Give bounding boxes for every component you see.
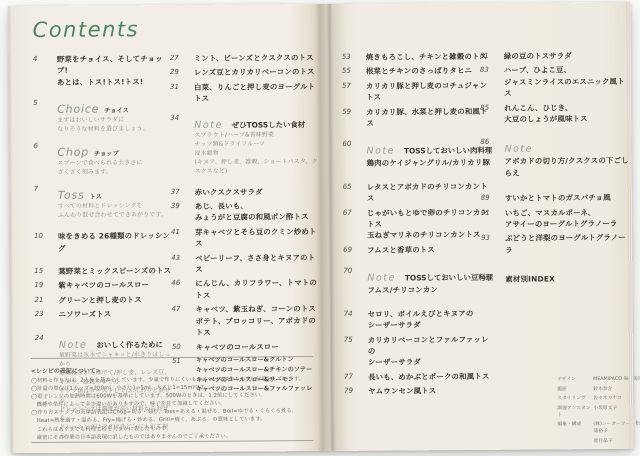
page-number: 85: [480, 102, 504, 125]
credit-row: デザインMEAMIPACO 嶌村美里: [557, 376, 640, 384]
entry-title-line: 素材別INDEX: [505, 273, 633, 285]
page-number: 23: [35, 309, 59, 321]
entry-body: カリカリベーコンとファルファッレのシーザーサラダ: [368, 333, 496, 368]
toc-entry: 67じゃがいもとゆで卵のチリコンカントス玉ねぎマリネのチリコンカントス: [343, 206, 495, 241]
entry-title-line: じゃがいもとゆで卵のチリコンカントス: [367, 206, 495, 230]
credit-value: 佐々木カナコ: [593, 395, 640, 402]
entry-title-line: アサイーのヨーグルトグラノーラ: [505, 218, 633, 230]
credit-label: [557, 438, 593, 445]
page-number: 47: [172, 304, 196, 338]
note-label: Note: [367, 273, 396, 284]
page-number: 81: [480, 51, 504, 63]
entry-body: ハーブ、ひよこ豆、ジャスミンライスのエスニック風トス: [504, 64, 632, 99]
entry-title-line: すいかとトマトのガスパチョ風: [505, 192, 633, 204]
entry-title-line: カリカリ豚と押し麦のコチュジャントス: [366, 80, 494, 104]
entry-title-line: ポテト、ブロッコリー、アボカドのトス: [196, 315, 322, 339]
entry-title-line: 野菜をチョイス、そしてチョップ!: [57, 53, 171, 77]
section-heading: Chopチョップ: [57, 140, 171, 160]
entry-title-line: カリカリ豚、水菜と押し麦の和風トス: [366, 105, 494, 129]
entry-title-line: 赤いクスクスサラダ: [195, 186, 321, 198]
toc-entry: 37赤いクスクスサラダ: [171, 186, 321, 198]
entry-title-line: キャベツのコールスロー: [196, 340, 322, 352]
entry-title-line: にんじん、カリフラワー、トマトのトス: [195, 277, 321, 301]
toc-entry: 15葉野菜とミックスビーンズのトス: [34, 265, 172, 277]
recipe-notation-notes: <レシピの表記について> ◯材料と作り方は、2人分を基本としています。少量で作り…: [31, 364, 322, 442]
entry-title-line: あじ、長いも、: [195, 200, 321, 212]
credit-row: 夏目晶子: [557, 437, 640, 445]
toc-entry: 47キャベツ、紫玉ねぎ、コーンのトスポテト、ブロッコリー、アボカドのトス: [172, 303, 322, 338]
entry-body: カリカリ豚と押し麦のコチュジャントス: [366, 80, 494, 104]
entry-title-line: レタスとアボカドのチリコンカントス: [367, 181, 495, 205]
page-number: 79: [344, 386, 368, 398]
entry-body: Noteアボカドの切り方/クスクスの下ごしらえ: [504, 136, 632, 179]
page-number: 6: [33, 141, 57, 178]
entry-body: フムスと香草のトス: [367, 244, 495, 256]
entry-title-line: あとは、トス!トス!トス!: [57, 76, 171, 88]
section-reading: チョイス: [104, 108, 129, 115]
entry-body: グリーンと押し麦のトス: [58, 294, 172, 306]
entry-body: カリカリ豚、水菜と押し麦の和風トス: [366, 105, 494, 129]
entry-body: レタスとアボカドのチリコンカントス: [367, 181, 495, 205]
toc-entry: 39あじ、長いも、みょうがと豆腐の和風ポン酢トス: [171, 200, 321, 224]
note-label: Note: [59, 339, 88, 350]
toc-entry: 86Noteアボカドの切り方/クスクスの下ごしらえ: [480, 136, 632, 179]
toc-entry: 94素材別INDEX: [481, 273, 633, 285]
entry-title-line: シーザーサラダ: [368, 319, 496, 331]
entry-title-line: キャベツ、紫玉ねぎ、コーンのトス: [196, 303, 322, 315]
entry-title-line: いちご、マスカルポーネ、: [505, 206, 633, 218]
toc-entry: 89すいかとトマトのガスパチョ風: [481, 192, 633, 204]
entry-subline: なりそうな材料を選びましょう。: [57, 125, 171, 135]
entry-title-line: 焼きもろこし、チキンと雑穀のトス: [366, 51, 494, 63]
note-title: TOSSしておいしい豆料理: [405, 273, 493, 283]
note-heading: NoteTOSSしておいしい肉料理: [366, 138, 494, 158]
entry-body: いちご、マスカルポーネ、アサイーのヨーグルトグラノーラ: [505, 206, 633, 230]
credit-row: スタイリング佐々木カナコ: [557, 395, 640, 403]
entry-title-line: 鶏肉のケイジャングリル/カリカリ豚: [367, 157, 495, 169]
entry-title-line: 根菜とチキンのさっぱりタヒニ: [366, 65, 494, 77]
entry-body: Chopチョップスプーンで食べられる大きさにざくざく刻みます。: [57, 140, 171, 178]
entry-body: キャベツ、紫玉ねぎ、コーンのトスポテト、ブロッコリー、アボカドのトス: [196, 303, 322, 338]
entry-body: れんこん、ひじき、大豆のしょうが風味トス: [504, 101, 632, 125]
entry-title-line: カリカリベーコンとファルファッレの: [368, 333, 496, 357]
note-title: ぜひTOSSしたい食材: [232, 120, 305, 130]
page-number: 67: [343, 207, 367, 241]
page-number: 7: [34, 184, 58, 221]
page-number: 43: [171, 253, 195, 276]
entry-title-line: 味をきめる 26種類のドレッシング: [58, 230, 172, 254]
page-number: 86: [480, 137, 504, 179]
entry-title-line: 芽キャベツとそら豆のクミン炒めトス: [195, 226, 321, 250]
toc-entry: 81緑の豆のトスサラダ: [480, 50, 632, 62]
entry-title-line: ジャスミンライスのエスニック風トス: [504, 76, 632, 100]
entry-title-line: ヤムウンセン風トス: [368, 385, 496, 397]
page-number: 34: [170, 113, 194, 177]
page-number: 74: [344, 308, 368, 331]
toc-entry: 53焼きもろこし、チキンと雑穀のトス: [342, 51, 494, 63]
entry-body: すいかとトマトのガスパチョ風: [505, 192, 633, 204]
entry-title-line: 白菜、りんごと押し麦のヨーグルトトス: [194, 81, 320, 105]
entry-title-line: グリーンと押し麦のトス: [58, 294, 172, 306]
page-number: 31: [170, 82, 194, 105]
entry-title-line: ハーブ、ひよこ豆、: [504, 64, 632, 76]
credit-value: 鈴木泰介: [593, 385, 640, 392]
page-number: 29: [170, 67, 194, 79]
notes-lines: ◯材料と作り方は、2人分を基本としています。少量で作りにくいものについては作りや…: [31, 375, 321, 442]
contents-title: Contents: [33, 17, 140, 42]
credit-label: スタイリング: [557, 395, 593, 402]
toc-entry: 91いちご、マスカルポーネ、アサイーのヨーグルトグラノーラ: [481, 206, 633, 230]
section-reading: チョップ: [94, 151, 119, 158]
page-number: 93: [481, 233, 505, 256]
section-word: Choice: [57, 103, 99, 116]
toc-entry: 7Tossトスすべての材料とドレッシングをふんわり混ぜ合わせてできあがりです。: [34, 183, 172, 221]
entry-body: NoteTOSSしておいしい肉料理鶏肉のケイジャングリル/カリカリ豚: [366, 138, 494, 169]
page-number: 55: [342, 66, 366, 78]
toc-entry: 41芽キャベツとそら豆のクミン炒めトス: [171, 226, 321, 250]
page-number: 89: [481, 193, 505, 205]
entry-body: 葉野菜とミックスビーンズのトス: [58, 265, 172, 277]
entry-title-line: 紫キャベツのコールスロー: [58, 279, 172, 291]
page-number: 69: [343, 245, 367, 257]
toc-column-3: 53焼きもろこし、チキンと雑穀のトス55根菜とチキンのさっぱりタヒニ57カリカリ…: [342, 51, 496, 401]
toc-entry: 74セロリ、ボイルえびとキヌアのシーザーサラダ: [344, 307, 496, 331]
page-number: 15: [34, 266, 58, 278]
credit-value: (株)シーオーツー・松浦裕子: [593, 421, 640, 435]
entry-title-line: 玉ねぎマリネのチリコンカントス: [367, 229, 495, 241]
entry-body: レンズ豆とカリカリベーコンのトス: [194, 66, 320, 78]
entry-body: 根菜とチキンのさっぱりタヒニ: [366, 65, 494, 77]
page-number: 10: [34, 231, 58, 254]
notes-heading: <レシピの表記について>: [31, 364, 321, 375]
entry-title-line: 緑の豆のトスサラダ: [504, 50, 632, 62]
toc-entry: 93ぶどうと洋梨のヨーグルトグラノーラ: [481, 232, 633, 256]
toc-entry: 75カリカリベーコンとファルファッレのシーザーサラダ: [344, 333, 496, 368]
toc-entry: 43ベビーリーフ、ささ身とキヌアのトス: [171, 252, 321, 276]
entry-title-line: シーザーサラダ: [368, 356, 496, 368]
toc-entry: 5Choiceチョイスまずはおいしいサラダになりそうな材料を選びましょう。: [33, 97, 171, 135]
toc-entry: 57カリカリ豚と押し麦のコチュジャントス: [342, 80, 494, 104]
page-number: 57: [342, 80, 366, 103]
entry-title-line: 大豆のしょうが風味トス: [504, 113, 632, 125]
entry-body: NoteTOSSしておいしい豆料理フムス/チリコンカン: [367, 265, 495, 296]
note-heading: NoteぜひTOSSしたい食材: [194, 112, 320, 132]
entry-body: あじ、長いも、みょうがと豆腐の和風ポン酢トス: [195, 200, 321, 224]
toc-entry: 6Chopチョップスプーンで食べられる大きさにざくざく刻みます。: [33, 140, 171, 178]
entry-title-line: レンズ豆とカリカリベーコンのトス: [194, 66, 320, 78]
toc-entry: 50キャベツのコールスロー: [172, 340, 322, 352]
page-number: 39: [171, 201, 195, 224]
note-title: TOSSしておいしい肉料理: [404, 146, 492, 156]
entry-title-line: アボカドの切り方/クスクスの下ごしらえ: [505, 155, 633, 179]
note-label: Note: [366, 146, 395, 157]
toc-entry: 77長いも、めかぶとポークの和風トス: [344, 371, 496, 383]
toc-entry: 60NoteTOSSしておいしい肉料理鶏肉のケイジャングリル/カリカリ豚: [342, 138, 494, 169]
toc-entry: 79ヤムウンセン風トス: [344, 385, 496, 397]
entry-body: ベビーリーフ、ささ身とキヌアのトス: [195, 252, 321, 276]
toc-entry: 59カリカリ豚、水菜と押し麦の和風トス: [342, 105, 494, 129]
entry-title-line: ベビーリーフ、ささ身とキヌアのトス: [195, 252, 321, 276]
book-scan-photo: Contents 4野菜をチョイス、そしてチョップ!あとは、トス!トス!トス!5…: [0, 0, 640, 456]
note-heading: Noteおいしく作るために: [59, 332, 173, 352]
entry-body: 紫キャベツのコールスロー: [58, 279, 172, 291]
entry-title-line: れんこん、ひじき、: [504, 101, 632, 113]
page-number: 53: [342, 52, 366, 64]
entry-body: じゃがいもとゆで卵のチリコンカントス玉ねぎマリネのチリコンカントス: [367, 206, 495, 241]
entry-body: 焼きもろこし、チキンと雑穀のトス: [366, 51, 494, 63]
page-number: 65: [343, 182, 367, 205]
credit-row: 編集・構成(株)シーオーツー・松浦裕子: [557, 421, 640, 436]
toc-entry: 29レンズ豆とカリカリベーコンのトス: [170, 66, 320, 78]
section-heading: Choiceチョイス: [57, 97, 171, 117]
credit-value: MEAMIPACO 嶌村美里: [593, 376, 640, 383]
toc-entry: 4野菜をチョイス、そしてチョップ!あとは、トス!トス!トス!: [33, 53, 171, 88]
page-number: 94: [481, 274, 505, 286]
entry-body: キャベツのコールスロー: [196, 340, 322, 352]
page-number: 75: [344, 334, 368, 368]
entry-body: ニソワーズトス: [59, 308, 173, 320]
toc-entry: 10味をきめる 26種類のドレッシング: [34, 230, 172, 254]
entry-title-line: 葉野菜とミックスビーンズのトス: [58, 265, 172, 277]
entry-title-line: 長いも、めかぶとポークの和風トス: [368, 371, 496, 383]
credit-row: 撮影鈴木泰介: [557, 385, 640, 393]
note-heading: NoteTOSSしておいしい豆料理: [367, 265, 495, 285]
note-label: Note: [194, 119, 223, 130]
entry-title-line: ぶどうと洋梨のヨーグルトグラノーラ: [505, 232, 633, 256]
toc-entry: 19紫キャベツのコールスロー: [34, 279, 172, 291]
credit-value: 小坂原文子: [593, 404, 640, 418]
note-heading: Note: [504, 136, 632, 156]
section-reading: トス: [90, 194, 102, 201]
page-number: 91: [481, 207, 505, 230]
entry-body: Choiceチョイスまずはおいしいサラダになりそうな材料を選びましょう。: [57, 97, 171, 135]
section-heading: Tossトス: [58, 183, 172, 203]
entry-body: 緑の豆のトスサラダ: [504, 50, 632, 62]
page-number: 46: [171, 278, 195, 301]
credit-label: デザイン: [557, 376, 593, 383]
entry-body: ヤムウンセン風トス: [368, 385, 496, 397]
section-word: Chop: [57, 146, 89, 159]
note-title: おいしく作るために: [96, 340, 163, 349]
toc-entry: 83ハーブ、ひよこ豆、ジャスミンライスのエスニック風トス: [480, 64, 632, 99]
toc-column-2: 27ミント、ビーンズとクスクスのトス29レンズ豆とカリカリベーコンのトス31白菜…: [170, 52, 322, 398]
page-number: 60: [342, 139, 366, 170]
entry-subline: ふんわり混ぜ合わせてできあがりです。: [58, 211, 172, 221]
page-number: 5: [33, 98, 57, 135]
credit-row: 調理アシスタント小坂原文子: [557, 404, 640, 419]
entry-body: セロリ、ボイルえびとキヌアのシーザーサラダ: [368, 307, 496, 331]
credit-label: 撮影: [557, 386, 593, 393]
page-number: 77: [344, 371, 368, 383]
entry-title-line: ミント、ビーンズとクスクスのトス: [194, 52, 320, 64]
entry-title-line: フムスと香草のトス: [367, 244, 495, 256]
entry-subline: (キヌア、押し麦、雑穀、ショートパスタ、クスクスなど): [195, 158, 321, 177]
entry-title-line: フムス/チリコンカン: [367, 284, 495, 296]
toc-entry: 34NoteぜひTOSSしたい食材スプラウト/ハーブ&香味野菜ナッツ類&ドライフ…: [170, 112, 320, 177]
book-spread: Contents 4野菜をチョイス、そしてチョップ!あとは、トス!トス!トス!5…: [8, 2, 633, 453]
page-number: 83: [480, 65, 504, 99]
toc-entry: 23ニソワーズトス: [35, 308, 173, 320]
entry-body: Tossトスすべての材料とドレッシングをふんわり混ぜ合わせてできあがりです。: [58, 183, 172, 221]
entry-subline: ざくざく刻みます。: [58, 168, 172, 178]
page-number: 59: [342, 106, 366, 129]
toc-entry: 55根菜とチキンのさっぱりタヒニ: [342, 65, 494, 77]
toc-entry: 65レタスとアボカドのチリコンカントス: [343, 181, 495, 205]
entry-body: ぶどうと洋梨のヨーグルトグラノーラ: [505, 232, 633, 256]
note-label: Note: [504, 144, 533, 155]
toc-entry: 70NoteTOSSしておいしい豆料理フムス/チリコンカン: [343, 265, 495, 296]
toc-entry: 21グリーンと押し麦のトス: [34, 294, 172, 306]
entry-body: にんじん、カリフラワー、トマトのトス: [195, 277, 321, 301]
entry-body: 野菜をチョイス、そしてチョップ!あとは、トス!トス!トス!: [57, 53, 171, 88]
entry-body: 素材別INDEX: [505, 273, 633, 285]
toc-entry: 46にんじん、カリフラワー、トマトのトス: [171, 277, 321, 301]
toc-entry: 31白菜、りんごと押し麦のヨーグルトトス: [170, 81, 320, 105]
toc-column-4: 81緑の豆のトスサラダ83ハーブ、ひよこ豆、ジャスミンライスのエスニック風トス8…: [480, 50, 634, 289]
entry-body: 味をきめる 26種類のドレッシング: [58, 230, 172, 254]
entry-title-line: セロリ、ボイルえびとキヌアの: [368, 307, 496, 319]
entry-body: 白菜、りんごと押し麦のヨーグルトトス: [194, 81, 320, 105]
credit-label: 編集・構成: [557, 421, 593, 435]
entry-title-line: みょうがと豆腐の和風ポン酢トス: [195, 211, 321, 223]
toc-entry: 27ミント、ビーンズとクスクスのトス: [170, 52, 320, 64]
credits-block: デザインMEAMIPACO 嶌村美里撮影鈴木泰介スタイリング佐々木カナコ調理アシ…: [557, 376, 640, 448]
entry-body: 赤いクスクスサラダ: [195, 186, 321, 198]
credit-label: 調理アシスタント: [557, 405, 593, 419]
entry-body: ミント、ビーンズとクスクスのトス: [194, 52, 320, 64]
section-word: Toss: [58, 189, 85, 202]
page-number: 19: [34, 280, 58, 292]
entry-body: 長いも、めかぶとポークの和風トス: [368, 371, 496, 383]
page-number: 4: [33, 54, 57, 88]
entry-body: 芽キャベツとそら豆のクミン炒めトス: [195, 226, 321, 250]
page-number: 37: [171, 187, 195, 199]
page-number: 50: [172, 341, 196, 353]
page-number: 21: [34, 295, 58, 307]
toc-entry: 69フムスと香草のトス: [343, 244, 495, 256]
entry-body: NoteぜひTOSSしたい食材スプラウト/ハーブ&香味野菜ナッツ類&ドライフルー…: [194, 112, 320, 177]
page-number: 41: [171, 227, 195, 250]
toc-entry: 85れんこん、ひじき、大豆のしょうが風味トス: [480, 101, 632, 125]
page-number: 70: [343, 266, 367, 297]
page-number: 27: [170, 53, 194, 65]
entry-title-line: ニソワーズトス: [59, 308, 173, 320]
credit-value: 夏目晶子: [593, 437, 640, 444]
